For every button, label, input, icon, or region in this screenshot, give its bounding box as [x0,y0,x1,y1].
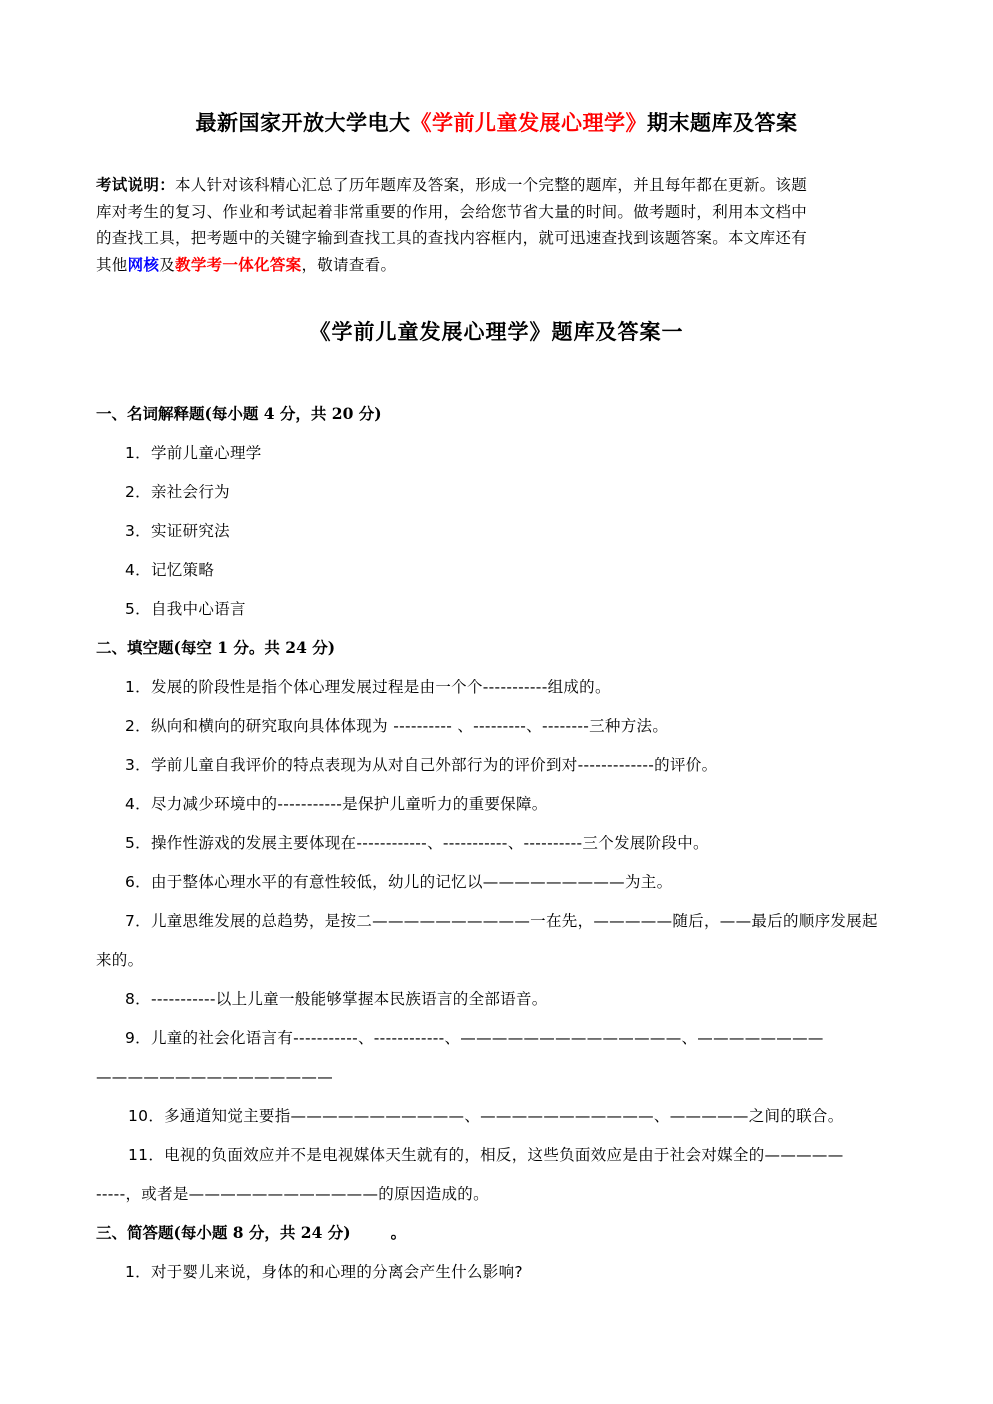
instructions-line-4-prefix: 其他 [96,256,128,274]
question-item: 5．操作性游戏的发展主要体现在------------、-----------、… [125,830,709,856]
link-teaching-exam-answers[interactable]: 教学考一体化答案 [175,256,301,274]
instructions-line-1: 本人针对该科精心汇总了历年题库及答案，形成一个完整的题库，并且每年都在更新。该题 [175,176,807,194]
question-item: 11．电视的负面效应并不是电视媒体天生就有的，相反，这些负面效应是由于社会对媒全… [128,1142,844,1168]
document-title: 最新国家开放大学电大《学前儿童发展心理学》期末题库及答案 [0,108,993,138]
instructions-line-2: 库对考生的复习、作业和考试起着非常重要的作用，会给您节省大量的时间。做考题时，利… [96,199,896,226]
question-item: 4．尽力减少环境中的-----------是保护儿童听力的重要保障。 [125,791,548,817]
title-course-name: 《学前儿童发展心理学》 [411,110,648,135]
instructions-and: 及 [159,256,175,274]
link-wanghe[interactable]: 网核 [128,256,160,274]
instructions-line-4-suffix: ，敬请查看。 [301,256,396,274]
section-heading-short-answer: 三、简答题(每小题 8 分，共 24 分)。 [96,1220,406,1246]
question-item-continuation: 来的。 [96,947,143,973]
section-heading-short-answer-text: 三、简答题(每小题 8 分，共 24 分) [96,1223,351,1242]
section-heading-fill-blanks: 二、填空题(每空 1 分。共 24 分) [96,635,335,661]
instructions-line-3: 的查找工具，把考题中的关键字输到查找工具的查找内容框内，就可迅速查找到该题答案。… [96,225,896,252]
question-item: 3．学前儿童自我评价的特点表现为从对自己外部行为的评价到对-----------… [125,752,717,778]
question-item-continuation: ——————————————— [96,1064,333,1090]
section-heading-definitions: 一、名词解释题(每小题 4 分，共 20 分) [96,401,382,427]
question-item: 4．记忆策略 [125,557,214,583]
question-item: 1．学前儿童心理学 [125,440,262,466]
heading-trailing-mark: 。 [391,1223,407,1242]
question-item: 1．发展的阶段性是指个体心理发展过程是由一个个-----------组成的。 [125,674,611,700]
question-item: 8．-----------以上儿童一般能够掌握本民族语言的全部语音。 [125,986,548,1012]
question-item-continuation: -----，或者是————————————的原因造成的。 [96,1181,489,1207]
title-prefix: 最新国家开放大学电大 [196,110,411,135]
question-item: 3．实证研究法 [125,518,230,544]
question-item: 2．纵向和横向的研究取向具体体现为 ---------- 、---------、… [125,713,668,739]
question-item: 1．对于婴儿来说，身体的和心理的分离会产生什么影响? [125,1259,523,1285]
section-title: 《学前儿童发展心理学》题库及答案一 [0,317,993,347]
title-suffix: 期末题库及答案 [647,110,798,135]
document-page: 最新国家开放大学电大《学前儿童发展心理学》期末题库及答案 考试说明：本人针对该科… [0,0,993,1404]
question-item: 10．多通道知觉主要指———————————、———————————、—————… [128,1103,844,1129]
question-item: 7．儿童思维发展的总趋势，是按二——————————一在先，—————随后，——… [125,908,878,934]
question-item: 9．儿童的社会化语言有-----------、------------、————… [125,1025,824,1051]
instructions-label: 考试说明： [96,176,175,194]
question-item: 2．亲社会行为 [125,479,230,505]
question-item: 6．由于整体心理水平的有意性较低，幼儿的记忆以—————————为主。 [125,869,672,895]
question-item: 5．自我中心语言 [125,596,246,622]
exam-instructions: 考试说明：本人针对该科精心汇总了历年题库及答案，形成一个完整的题库，并且每年都在… [96,172,896,278]
